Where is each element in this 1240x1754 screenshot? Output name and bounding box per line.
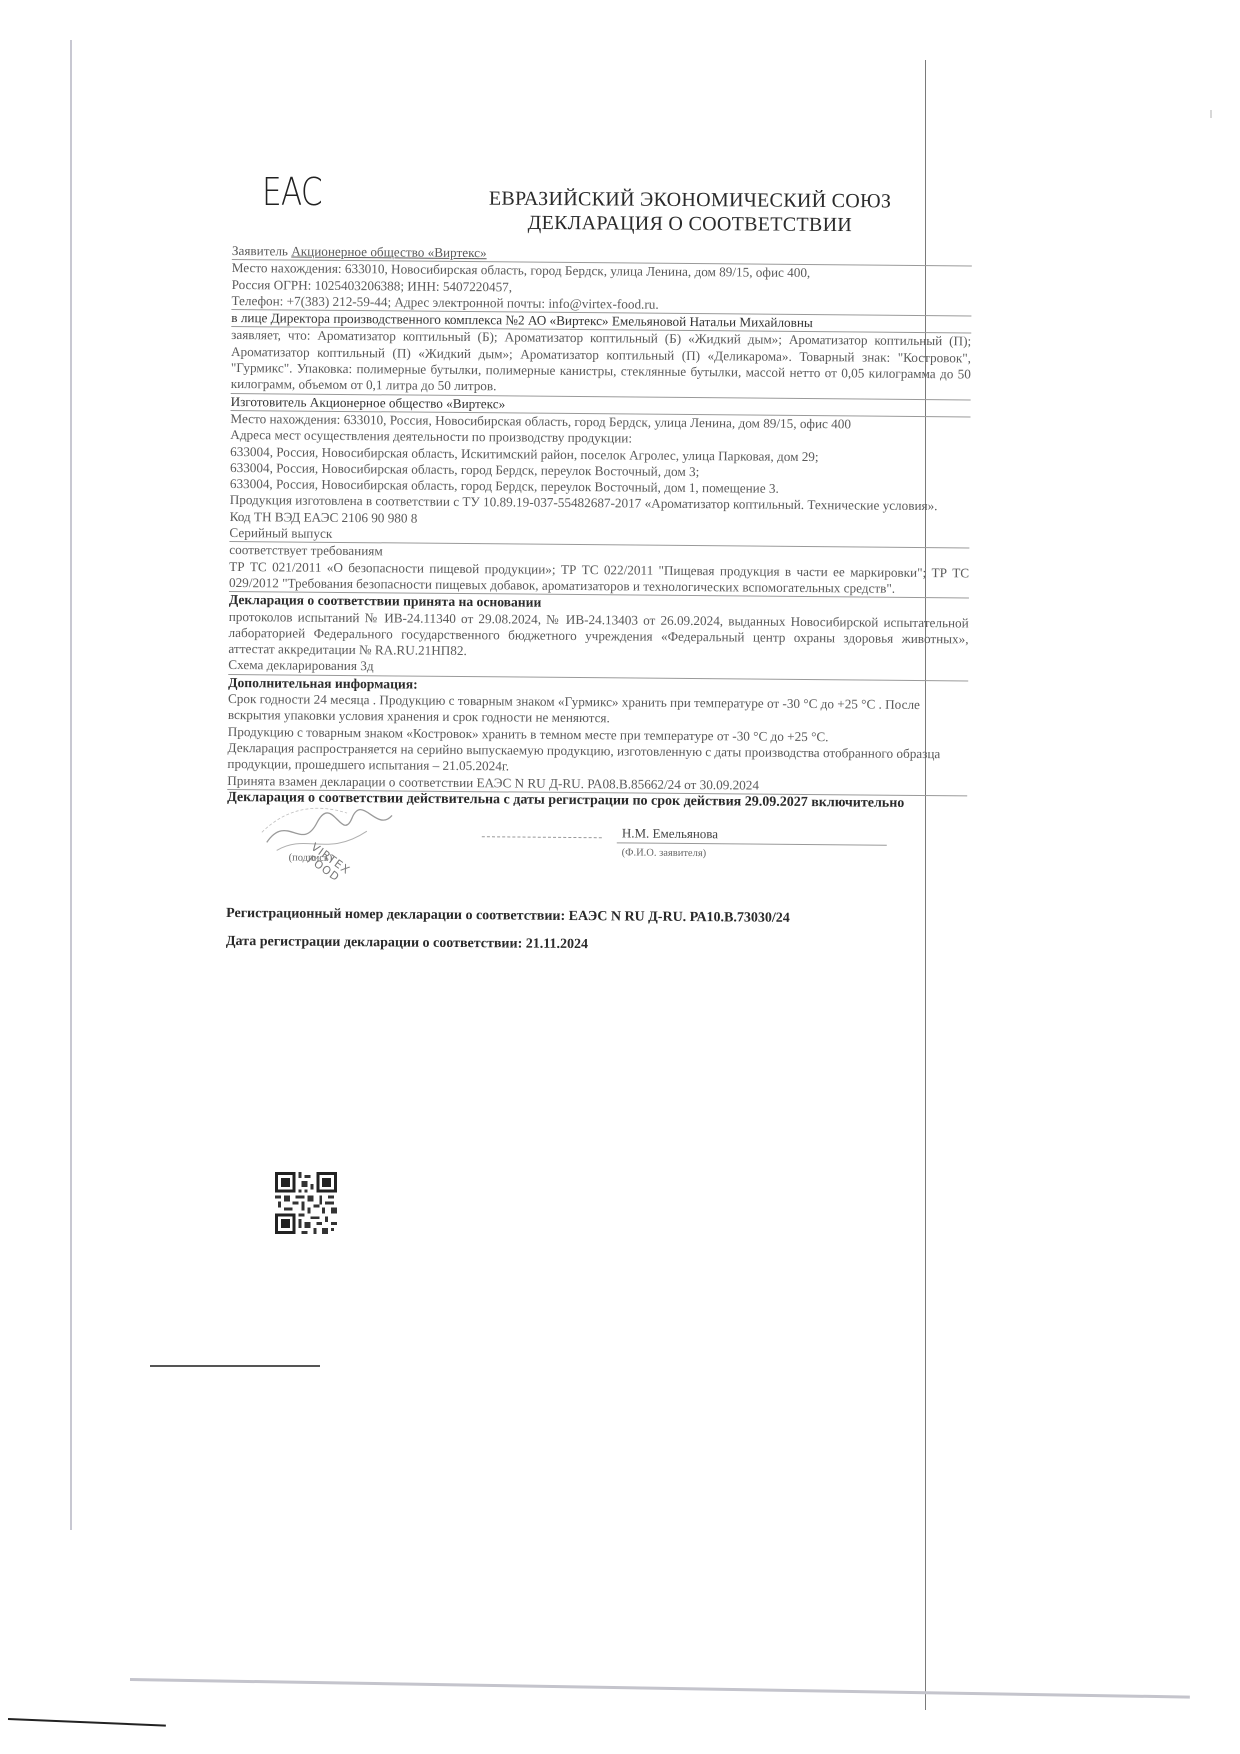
basis-text: протоколов испытаний № ИВ-24.11340 от 29…	[228, 609, 968, 664]
qr-code-icon	[275, 1172, 337, 1234]
eac-logo: EAC	[262, 170, 322, 214]
signature-dash	[482, 836, 602, 838]
applicant-signatory-name: Н.М. Емельянова	[622, 826, 718, 843]
applicant-name: Акционерное общество «Виртекс»	[291, 244, 487, 261]
scan-bottom-edge	[130, 1678, 1190, 1699]
signatory-caption: (Ф.И.О. заявителя)	[622, 846, 707, 863]
scan-edge-mark	[1210, 110, 1212, 118]
scan-bottom-mark	[8, 1718, 166, 1727]
document-title: ЕВРАЗИЙСКИЙ ЭКОНОМИЧЕСКИЙ СОЮЗ ДЕКЛАРАЦИ…	[440, 186, 940, 237]
scan-rule	[150, 1365, 320, 1367]
applicant-label: Заявитель	[232, 243, 288, 258]
declaration-body: Заявитель Акционерное общество «Виртекс»…	[226, 243, 972, 957]
scan-edge-left	[70, 40, 72, 1530]
title-union: ЕВРАЗИЙСКИЙ ЭКОНОМИЧЕСКИЙ СОЮЗ	[440, 186, 940, 213]
registration-date: Дата регистрации декларации о соответств…	[226, 934, 966, 957]
title-declaration: ДЕКЛАРАЦИЯ О СООТВЕТСТВИИ	[440, 210, 940, 237]
signature-block: (подпись) VIRTEX FOOD Н.М. Емельянова (Ф…	[226, 808, 967, 892]
declared-products: заявляет, что: Ароматизатор коптильный (…	[231, 327, 972, 400]
